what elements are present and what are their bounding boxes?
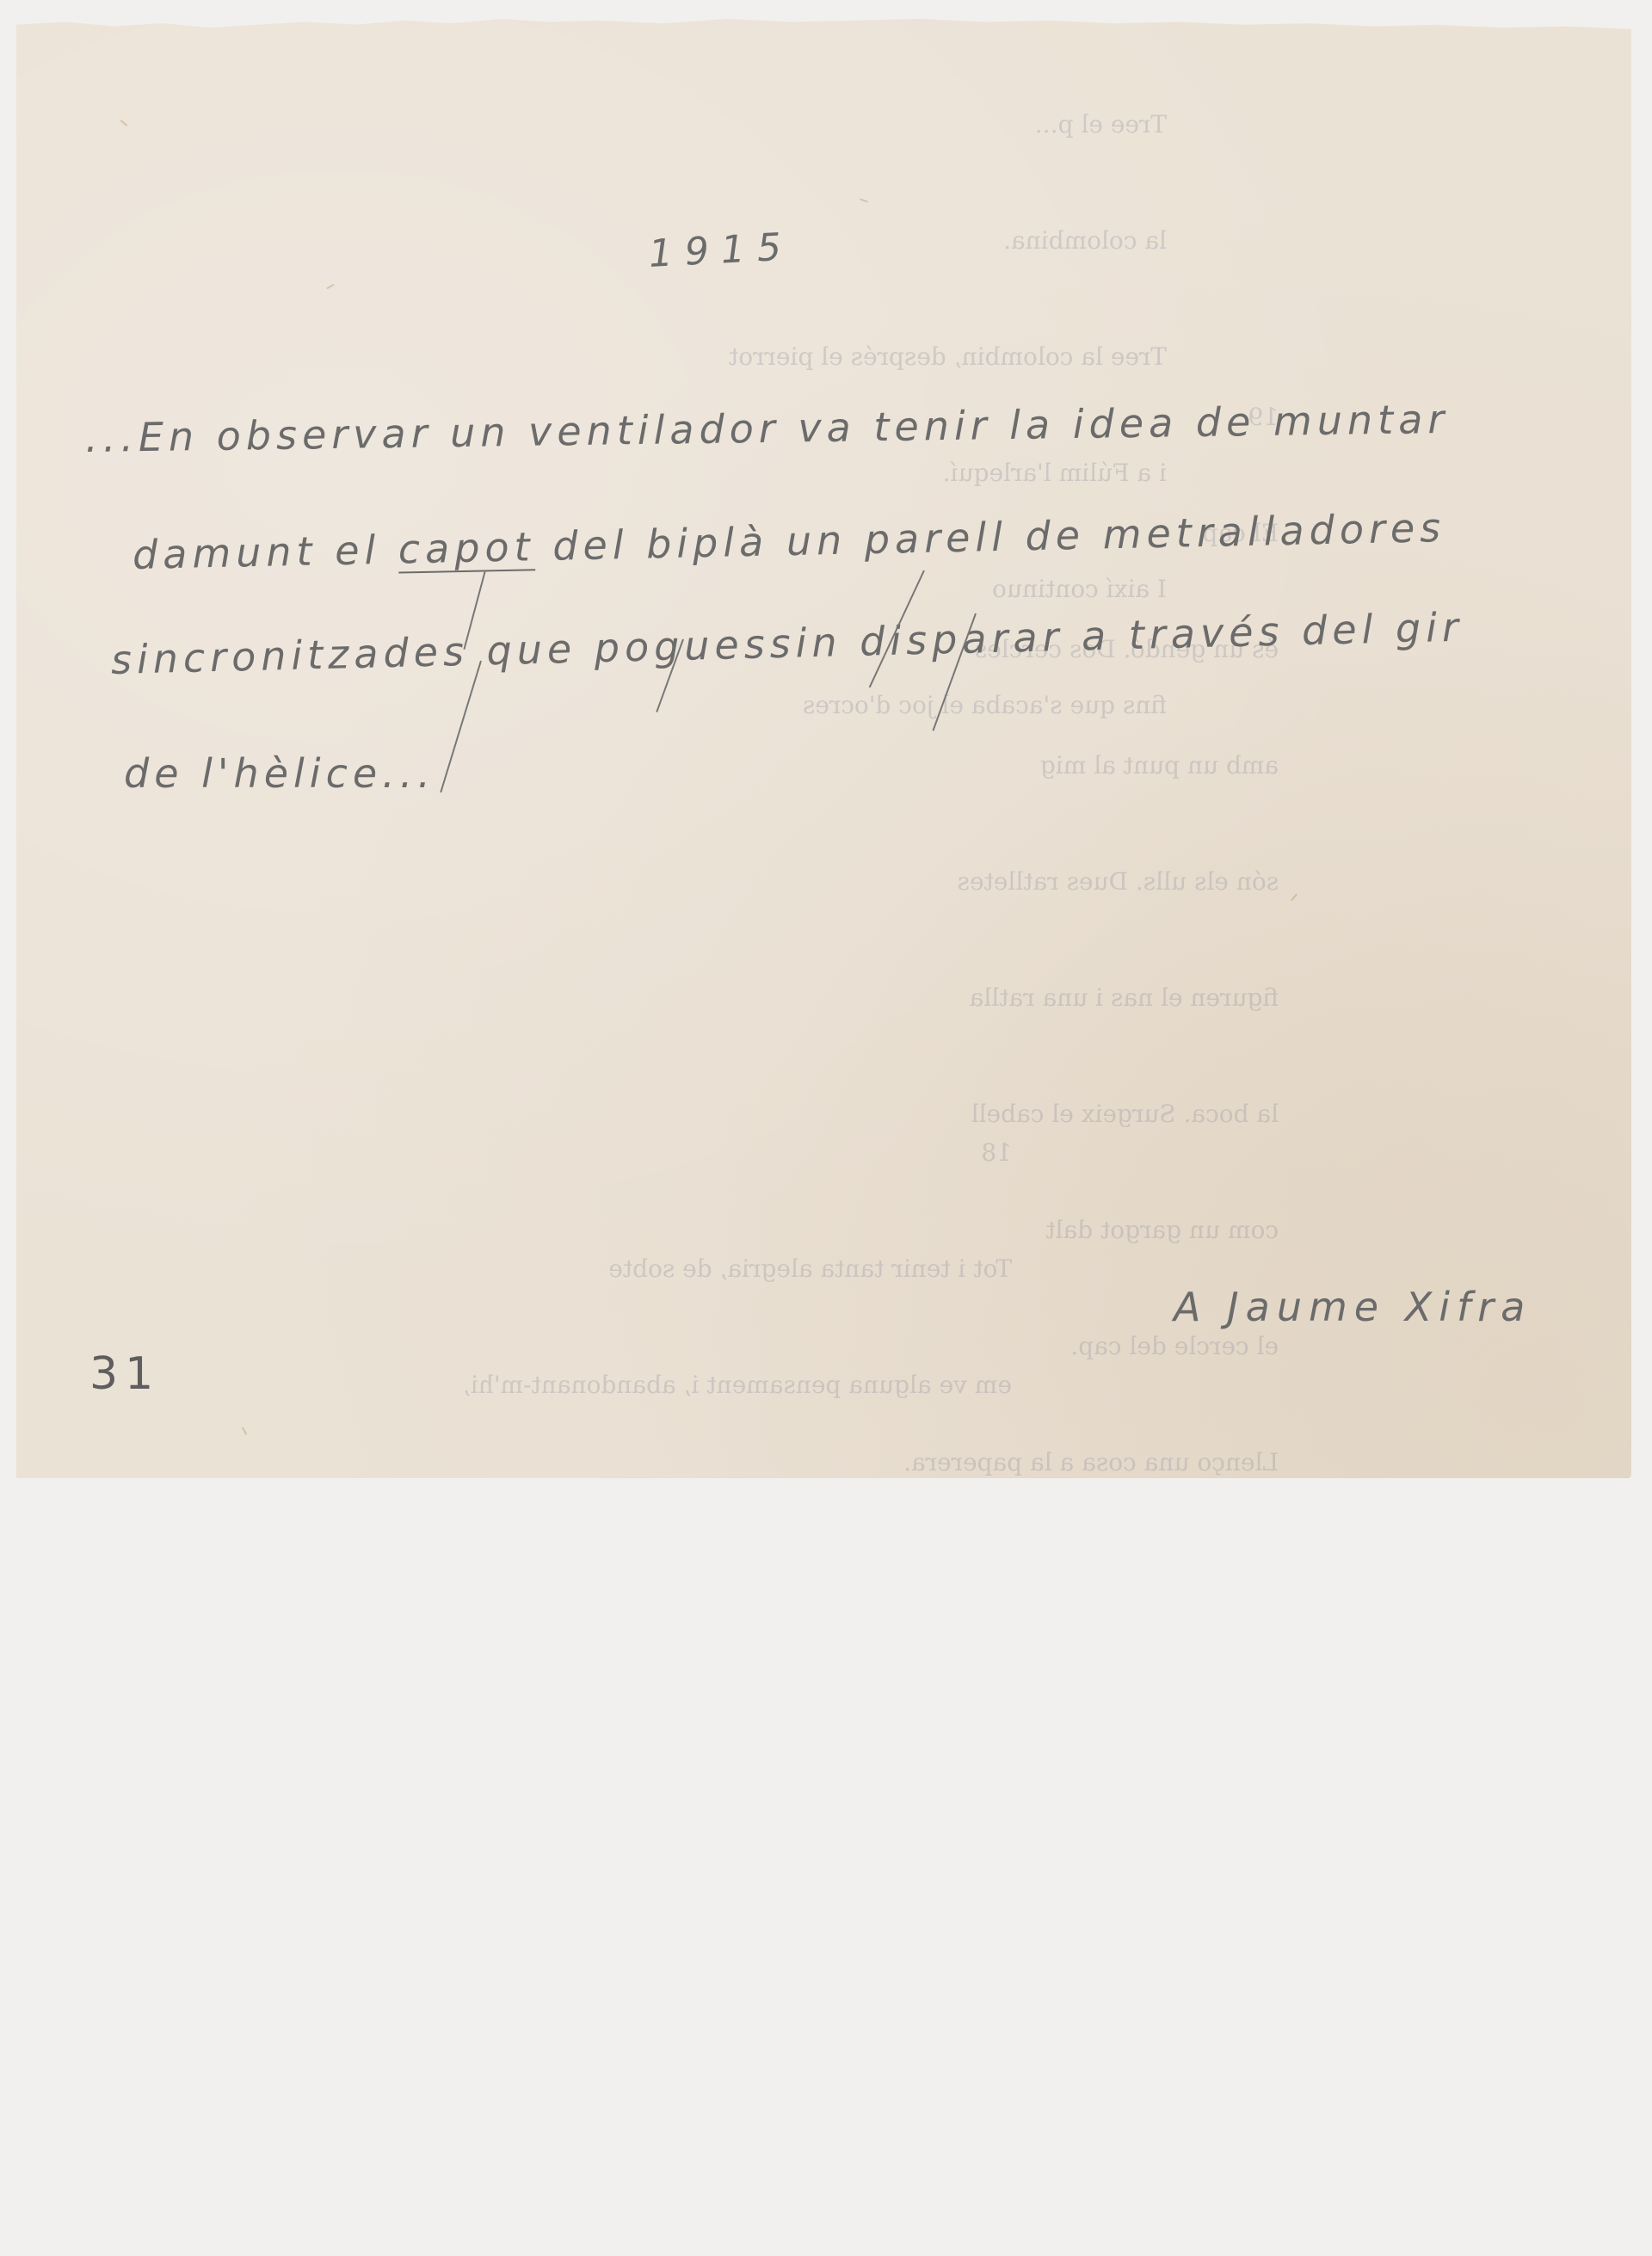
paper-fiber [1291, 894, 1298, 902]
bleed-line: em poso trist, tant, que el lector [463, 1482, 1012, 1496]
handwritten-year: 1915 [648, 225, 794, 276]
page-number: 31 [89, 1348, 160, 1400]
bleed-line: amb un punt al mig [585, 746, 1279, 785]
bleed-line: Tot i tenir tanta alegria, de sobte [463, 1249, 1012, 1288]
bleed-line: són els ulls. Dues ratlletes [585, 862, 1279, 901]
bleed-line: figuren el nas i una ratlla [585, 978, 1279, 1017]
bleed-line: Tree el p... [729, 105, 1167, 144]
paper-fiber [120, 120, 128, 126]
paper-sheet: Tree el p... la colombina. Tree la colom… [16, 19, 1631, 1478]
pen-stroke [440, 661, 482, 793]
bleed-line: em ve alguna pensament i, abandonant-m'h… [463, 1365, 1012, 1404]
bleed-line: la colombina. [729, 221, 1167, 260]
paper-fiber [326, 284, 335, 290]
paper-fiber [242, 1427, 248, 1435]
handwritten-line-4: de l'hèlice... [124, 750, 435, 797]
signature: A Jaume Xifra [1174, 1284, 1532, 1330]
underlined-word-capot: capot [398, 523, 535, 572]
bleed-line: 18 [463, 1133, 1012, 1172]
bleed-through-text-bottom: 18 Tot i tenir tanta alegria, de sobte e… [463, 1056, 1012, 1496]
line-2-before: damunt el [132, 527, 398, 578]
